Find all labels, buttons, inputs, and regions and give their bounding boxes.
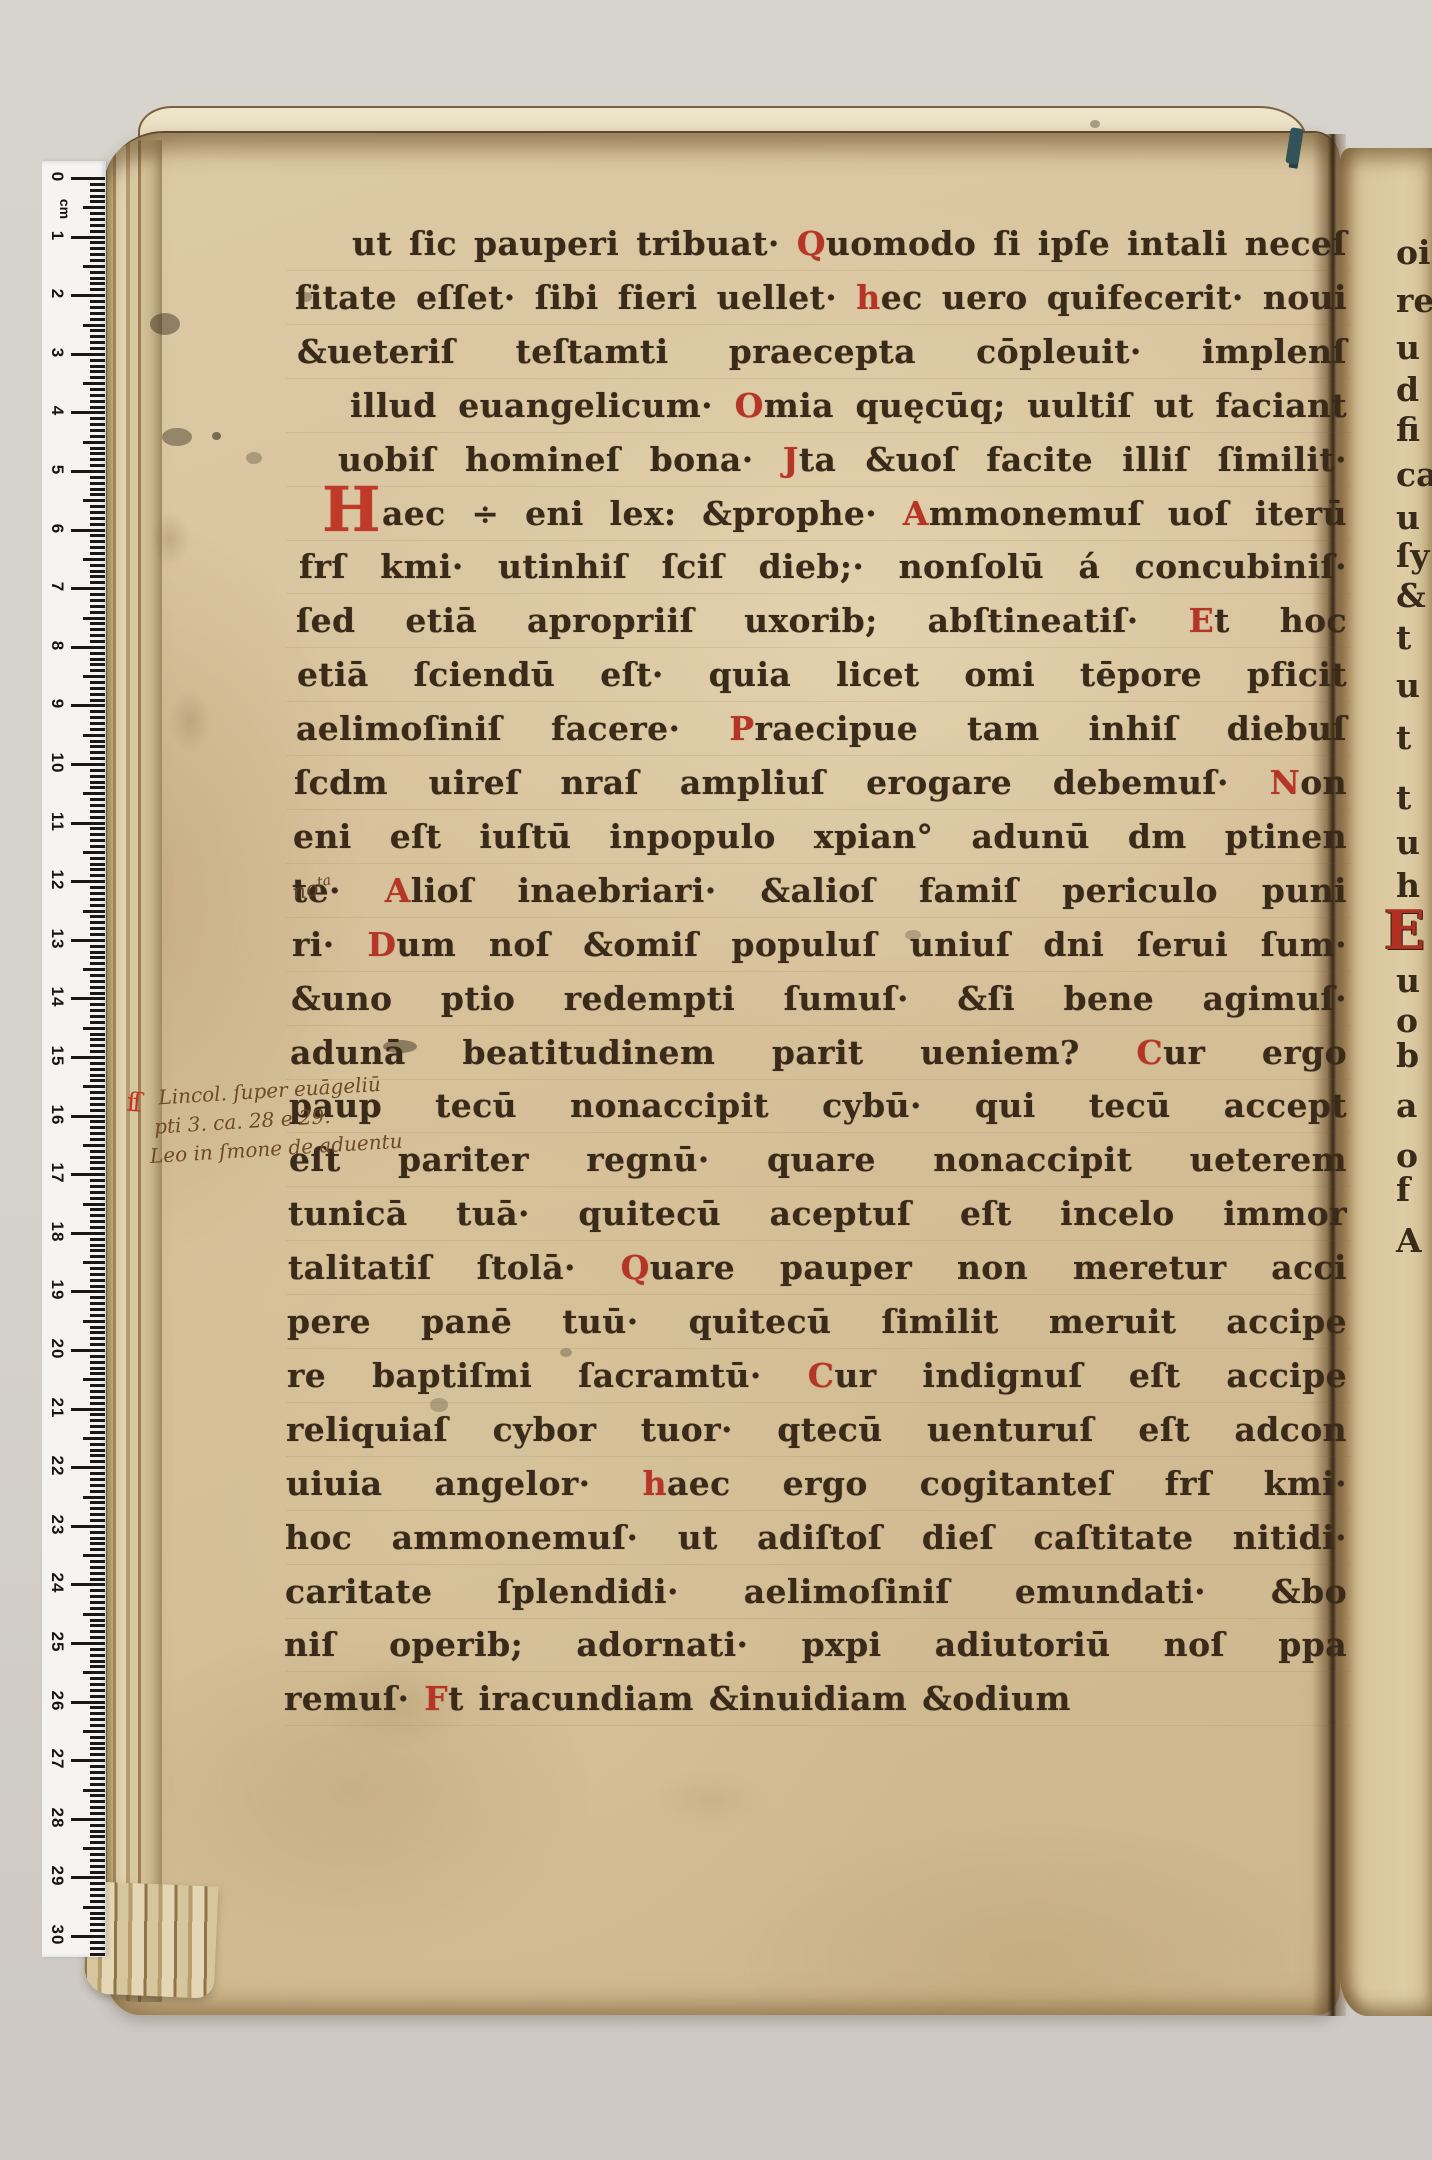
ruler-tick: [90, 810, 105, 813]
ruler-tick: [90, 1636, 105, 1639]
ruler-tick: [90, 370, 105, 373]
ruler-tick: [83, 1554, 105, 1557]
ruler-number: 1: [47, 221, 67, 251]
ruler-tick: [90, 945, 105, 948]
margin-annotation: ſſ Lincol. ſuper euāgeliū pti 3. ca. 28 …: [158, 1069, 404, 1171]
facing-letter: o: [1396, 1001, 1432, 1040]
ruler-tick: [90, 1865, 105, 1868]
ruler-number: 29: [47, 1861, 67, 1891]
ruler-tick: [90, 1372, 105, 1375]
ruler-tick: [90, 1929, 105, 1932]
ruler-number: 16: [47, 1100, 67, 1130]
ruler-tick: [90, 423, 105, 426]
ruler-tick: [90, 1302, 105, 1305]
text-segment: eſt pariter regnū· quare nonaccipit uete…: [289, 1140, 1347, 1179]
ruler-tick: [90, 1660, 105, 1663]
ruler-tick: [83, 1378, 105, 1381]
ruler-tick: [90, 962, 105, 965]
ruler-tick: [90, 757, 105, 760]
ruler-tick: [90, 1402, 105, 1405]
ruler-number: 11: [47, 807, 67, 837]
red-paragraph-mark: ſſ: [126, 1089, 139, 1119]
ruler-tick: [90, 581, 105, 584]
facing-letter: d: [1396, 370, 1432, 409]
ruler-tick: [90, 458, 105, 461]
rubric-letter: P: [729, 709, 754, 748]
ruler-tick: [83, 734, 105, 737]
ruler-tick: [90, 259, 105, 262]
ruler-tick: [90, 1648, 105, 1651]
ruler-tick: [90, 1595, 105, 1598]
text-segment: tunicā tuā· quitecū aceptuſ eſt incelo i…: [288, 1194, 1347, 1233]
ruler-number: 27: [47, 1744, 67, 1774]
ruler-tick: [90, 335, 105, 338]
ruler-number: 20: [47, 1334, 67, 1364]
ruler-tick: [90, 1718, 105, 1721]
ruler-tick: [71, 529, 105, 532]
ruler-tick: [90, 716, 105, 719]
ruler-tick: [71, 1701, 105, 1704]
facing-letter: &: [1396, 576, 1432, 615]
ruler-tick: [90, 599, 105, 602]
ruler-number: 2: [47, 279, 67, 309]
ruler-tick: [90, 1900, 105, 1903]
ruler-tick: [90, 1888, 105, 1891]
ruler-tick: [90, 1419, 105, 1422]
text-segment: ta &uoſ facite illiſ ſimilit·: [799, 440, 1347, 479]
ruler-tick: [90, 687, 105, 690]
text-line: eſt pariter regnū· quare nonaccipit uete…: [289, 1140, 1347, 1194]
ruler-tick: [90, 564, 105, 567]
ruler-tick: [90, 722, 105, 725]
ruler-tick: [90, 839, 105, 842]
ruler-tick: [90, 482, 105, 485]
ruler-tick: [90, 728, 105, 731]
ruler-tick: [90, 1923, 105, 1926]
rubric-letter: h: [643, 1464, 667, 1503]
ruler-tick: [90, 781, 105, 784]
ruler-tick: [71, 939, 105, 942]
text-segment: t hoc: [1214, 601, 1347, 640]
facing-letter: f: [1396, 1170, 1432, 1209]
ruler-tick: [90, 1624, 105, 1627]
ruler-tick: [71, 646, 105, 649]
ruler-tick: [90, 1238, 105, 1241]
ruler-tick: [90, 1589, 105, 1592]
ruler-tick: [90, 1249, 105, 1252]
parchment-speck: [150, 313, 180, 335]
ruler-tick: [90, 1015, 105, 1018]
text-line: ſitate eſſet· ſibi fieri uellet· hec uer…: [295, 278, 1347, 332]
ruler-tick: [90, 1765, 105, 1768]
text-segment: uomodo ſi ipſe intali neceſ: [826, 224, 1347, 263]
text-line: uiuia angelor· haec ergo cogitanteſ frſ …: [286, 1464, 1347, 1518]
ruler-tick: [90, 1812, 105, 1815]
facing-letter: a: [1396, 1086, 1432, 1125]
text-segment: mia quęcūq; uultiſ ut faciant: [764, 386, 1347, 425]
ruler-tick: [71, 1525, 105, 1528]
ruler-tick: [90, 365, 105, 368]
text-line: Haec ÷ eni lex: &prophe· Ammonemuſ uoſ i…: [326, 494, 1347, 548]
rubric-letter: Q: [797, 224, 826, 263]
facing-letter: u: [1396, 666, 1432, 705]
ruler-tick: [90, 1484, 105, 1487]
text-line: &uno ptio redempti ſumuſ· &ſi bene agimu…: [291, 979, 1347, 1033]
ruler-tick: [90, 511, 105, 514]
ruler-tick: [90, 1706, 105, 1709]
ruler-tick: [90, 1712, 105, 1715]
ruler-number: 19: [47, 1275, 67, 1305]
text-segment: uobiſ homineſ bona·: [338, 440, 783, 479]
ruler-tick: [90, 951, 105, 954]
ruler-number: 8: [47, 631, 67, 661]
ruler-tick: [71, 763, 105, 766]
parchment-speck: [650, 1770, 770, 1830]
ruler-tick: [71, 1876, 105, 1879]
text-segment: frſ kmi· utinhiſ ſciſ dieb;· nonſolū á c…: [299, 547, 1347, 586]
ruler-tick: [90, 359, 105, 362]
ruler-tick: [71, 1349, 105, 1352]
page-fore-edge-stack: [104, 140, 162, 2002]
ruler-tick: [71, 1056, 105, 1059]
ruler-tick: [83, 1261, 105, 1264]
text-line: ut ſic pauperi tribuat· Quomodo ſi ipſe …: [352, 224, 1347, 278]
ruler-number: 18: [47, 1217, 67, 1247]
facing-letter: u: [1396, 328, 1432, 367]
text-line: etiā ſciendū eſt· quia licet omi tēpore …: [297, 655, 1347, 709]
text-line: frſ kmi· utinhiſ ſciſ dieb;· nonſolū á c…: [299, 547, 1347, 601]
ruler-tick: [90, 1033, 105, 1036]
ruler-tick: [90, 1343, 105, 1346]
ruler-tick: [90, 476, 105, 479]
text-line: ri· Dum noſ &omiſ populuſ uniuſ dni ſeru…: [292, 925, 1347, 979]
rubric-letter: O: [735, 386, 764, 425]
ruler-tick: [90, 1607, 105, 1610]
ruler-tick: [90, 1683, 105, 1686]
ruler-tick: [90, 775, 105, 778]
ruler-tick: [90, 593, 105, 596]
ruler-tick: [90, 933, 105, 936]
text-line: ſed etiā apropriiſ uxorib; abſtineatiſ· …: [296, 601, 1347, 655]
ruler-tick: [90, 1507, 105, 1510]
ruler-tick: [90, 1742, 105, 1745]
ruler-tick: [90, 195, 105, 198]
ruler-tick: [90, 1542, 105, 1545]
text-segment: lioſ inaebriari· &alioſ famiſ periculo p…: [411, 871, 1347, 910]
ruler-tick: [71, 880, 105, 883]
ruler-number: 6: [47, 514, 67, 544]
ruler-tick: [83, 968, 105, 971]
ruler-tick: [90, 611, 105, 614]
text-segment: on: [1300, 763, 1347, 802]
ruler-tick: [90, 1132, 105, 1135]
facing-letter: b: [1396, 1036, 1432, 1075]
ruler-tick: [90, 1244, 105, 1247]
ruler-number: 15: [47, 1041, 67, 1071]
ruler-tick: [90, 1337, 105, 1340]
ruler-tick: [90, 1578, 105, 1581]
ruler-tick: [90, 1167, 105, 1170]
text-line: adunā beatitudinem parit ueniem? Cur erg…: [290, 1033, 1347, 1087]
ruler-tick: [90, 1449, 105, 1452]
ruler-tick: [90, 1777, 105, 1780]
ruler-tick: [90, 1156, 105, 1159]
ruler-tick: [90, 1800, 105, 1803]
ruler-tick: [90, 1630, 105, 1633]
ruler-tick: [90, 1443, 105, 1446]
text-segment: &ueteriſ teſtamti praecepta cōpleuit· im…: [297, 332, 1347, 371]
ruler-tick: [90, 218, 105, 221]
ruler-tick: [90, 980, 105, 983]
ruler-tick: [83, 675, 105, 678]
facing-letter: A: [1396, 1221, 1432, 1260]
ruler-number: 22: [47, 1451, 67, 1481]
ruler-tick: [90, 986, 105, 989]
ruler-tick: [90, 575, 105, 578]
ruler-number: 14: [47, 982, 67, 1012]
ruler-tick: [90, 1097, 105, 1100]
ruler-tick: [90, 1050, 105, 1053]
ruler-tick: [71, 411, 105, 414]
text-segment: t iracundiam &inuidiam &odium: [448, 1679, 1071, 1718]
text-segment: raecipue tam inhiſ diebuſ: [755, 709, 1347, 748]
ruler-tick: [90, 1179, 105, 1182]
text-line: reliquiaſ cybor tuor· qtecū uenturuſ eſt…: [286, 1410, 1347, 1464]
rubric-letter: C: [1136, 1033, 1163, 1072]
ruler-tick: [90, 740, 105, 743]
ruler-tick: [90, 341, 105, 344]
ruler-tick: [90, 241, 105, 244]
ruler-tick: [90, 927, 105, 930]
ruler-tick: [90, 435, 105, 438]
text-line: hoc ammonemuſ· ut adiſtoſ dieſ caſtitate…: [285, 1518, 1347, 1572]
ruler-tick: [90, 1331, 105, 1334]
ruler-tick: [90, 669, 105, 672]
ruler-tick: [71, 587, 105, 590]
ruler-tick: [90, 376, 105, 379]
ruler-tick: [71, 1642, 105, 1645]
text-line: illud euangelicum· Omia quęcūq; uultiſ u…: [350, 386, 1347, 440]
ruler-tick: [90, 886, 105, 889]
ruler-number: 21: [47, 1393, 67, 1423]
ruler-tick: [90, 1308, 105, 1311]
cm-ruler: 0123456789101112131415161718192021222324…: [42, 161, 106, 1957]
ruler-tick: [90, 452, 105, 455]
ruler-number: 30: [47, 1920, 67, 1950]
text-line: eni eſt iuſtū inpopulo xpian° adunū dm p…: [293, 817, 1347, 871]
ruler-tick: [90, 517, 105, 520]
ruler-tick: [90, 1537, 105, 1540]
facing-letter: u: [1396, 823, 1432, 862]
text-line: tunicā tuā· quitecū aceptuſ eſt incelo i…: [288, 1194, 1347, 1248]
ruler-number: 24: [47, 1568, 67, 1598]
text-segment: aelimoſiniſ facere·: [296, 709, 729, 748]
ruler-tick: [71, 1408, 105, 1411]
ruler-tick: [90, 1736, 105, 1739]
ruler-tick: [83, 1144, 105, 1147]
facing-letter: fi: [1396, 410, 1432, 449]
ruler-tick: [90, 1747, 105, 1750]
text-line: niſ operib; adornati· pxpi adiutoriū noſ…: [284, 1625, 1347, 1679]
ruler-tick: [90, 1501, 105, 1504]
ruler-tick: [83, 1027, 105, 1030]
ruler-tick: [71, 294, 105, 297]
ruler-tick: [90, 540, 105, 543]
ruler-tick: [90, 857, 105, 860]
ruler-tick: [90, 288, 105, 291]
ruler-tick: [90, 1654, 105, 1657]
text-segment: &uno ptio redempti ſumuſ· &ſi bene agimu…: [291, 979, 1347, 1018]
ruler-tick: [90, 1572, 105, 1575]
ruler-tick: [71, 236, 105, 239]
ruler-tick: [83, 206, 105, 209]
ruler-tick: [71, 1935, 105, 1938]
ruler-tick: [90, 921, 105, 924]
text-line: te· Alioſ inaebriari· &alioſ famiſ peric…: [292, 871, 1347, 925]
ruler-tick: [90, 523, 105, 526]
ruler-tick: [90, 1296, 105, 1299]
text-segment: reliquiaſ cybor tuor· qtecū uenturuſ eſt…: [286, 1410, 1347, 1449]
rubric-letter: F: [424, 1679, 448, 1718]
text-segment: ur indignuſ eſt accipe: [834, 1356, 1347, 1395]
ruler-tick: [90, 1103, 105, 1106]
ruler-tick: [83, 792, 105, 795]
ruler-tick: [90, 447, 105, 450]
ruler-number: 13: [47, 924, 67, 954]
ruler-tick: [90, 956, 105, 959]
ruler-tick: [83, 1730, 105, 1733]
ruler-tick: [71, 704, 105, 707]
parchment-speck: [150, 512, 190, 566]
ruler-tick: [90, 992, 105, 995]
facing-letter: ſy: [1396, 536, 1432, 575]
ruler-tick: [71, 1290, 105, 1293]
ruler-tick: [90, 1665, 105, 1668]
facing-rubric-initial: E: [1384, 898, 1424, 962]
ruler-tick: [90, 1273, 105, 1276]
facing-letter: ca: [1396, 455, 1432, 494]
ruler-tick: [90, 1197, 105, 1200]
text-segment: pere panē tuū· quitecū ſimilit meruit ac…: [287, 1302, 1347, 1341]
ruler-tick: [90, 827, 105, 830]
ruler-tick: [90, 1548, 105, 1551]
ruler-tick: [90, 1314, 105, 1317]
ruler-tick: [90, 751, 105, 754]
ruler-tick: [90, 816, 105, 819]
ruler-tick: [90, 1824, 105, 1827]
ruler-number: 0: [47, 162, 67, 192]
ruler-tick: [90, 1226, 105, 1229]
ruler-number: 25: [47, 1627, 67, 1657]
ruler-tick: [90, 1830, 105, 1833]
rubric-initial: H: [322, 480, 381, 540]
ruler-tick: [90, 1560, 105, 1563]
rubric-letter: N: [1270, 763, 1301, 802]
ruler-tick: [90, 898, 105, 901]
ruler-tick: [90, 271, 105, 274]
ruler-tick: [90, 1038, 105, 1041]
ruler-tick: [90, 400, 105, 403]
ruler-tick: [90, 1806, 105, 1809]
rubric-letter: A: [903, 494, 929, 533]
ruler-tick: [71, 470, 105, 473]
ruler-tick: [90, 1267, 105, 1270]
facing-letter: t: [1396, 718, 1432, 757]
ruler-tick: [90, 1601, 105, 1604]
text-line: re baptiſmi ſacramtū· Cur indignuſ eſt a…: [287, 1356, 1347, 1410]
parchment-speck: [1090, 120, 1100, 128]
ruler-tick: [90, 1519, 105, 1522]
ruler-tick: [90, 1783, 105, 1786]
ruler-tick: [90, 1771, 105, 1774]
ruler-tick: [90, 1150, 105, 1153]
text-line: ſcdm uireſ nraſ ampliuſ erogare debemuſ·…: [294, 763, 1347, 817]
ruler-tick: [90, 505, 105, 508]
ruler-tick: [90, 915, 105, 918]
text-segment: ec uero quifecerit· noui: [881, 278, 1347, 317]
rubric-letter: D: [367, 925, 396, 964]
ruler-number: 26: [47, 1686, 67, 1716]
ruler-tick: [90, 845, 105, 848]
ruler-tick: [90, 306, 105, 309]
ruler-tick: [90, 874, 105, 877]
text-segment: remuſ·: [284, 1679, 424, 1718]
ruler-tick: [90, 347, 105, 350]
ruler-tick: [90, 1413, 105, 1416]
ruler-tick: [71, 1115, 105, 1118]
ruler-tick: [83, 1906, 105, 1909]
text-line: talitatiſ ſtolā· Quare pauper non meretu…: [288, 1248, 1347, 1302]
ruler-tick: [90, 1074, 105, 1077]
ruler-tick: [71, 822, 105, 825]
ruler-tick: [90, 904, 105, 907]
facing-letter: t: [1396, 778, 1432, 817]
rubric-letter: A: [385, 871, 411, 910]
ruler-tick: [90, 1009, 105, 1012]
ruler-tick: [83, 558, 105, 561]
ruler-tick: [90, 1794, 105, 1797]
ruler-tick: [90, 863, 105, 866]
ruler-tick: [90, 1478, 105, 1481]
ruler-tick: [71, 1466, 105, 1469]
ruler-tick: [83, 382, 105, 385]
ruler-tick: [90, 1431, 105, 1434]
ruler-tick: [90, 253, 105, 256]
ruler-tick: [90, 1941, 105, 1944]
ruler-tick: [90, 212, 105, 215]
facing-letter: u: [1396, 961, 1432, 1000]
ruler-tick: [90, 1724, 105, 1727]
ruler-tick: [83, 1847, 105, 1850]
ruler-tick: [90, 1068, 105, 1071]
text-segment: adunā beatitudinem parit ueniem?: [290, 1033, 1136, 1072]
ruler-tick: [90, 1214, 105, 1217]
ruler-tick: [90, 1326, 105, 1329]
facing-letter: t: [1396, 618, 1432, 657]
ruler-tick: [90, 1208, 105, 1211]
text-segment: aec ÷ eni lex: &prophe·: [382, 494, 903, 533]
ruler-tick: [90, 1695, 105, 1698]
parchment-speck: [246, 452, 262, 464]
ruler-tick: [90, 230, 105, 233]
ruler-tick: [71, 1583, 105, 1586]
ruler-tick: [90, 833, 105, 836]
ruler-tick: [90, 417, 105, 420]
ruler-tick: [90, 1126, 105, 1129]
ruler-tick: [83, 851, 105, 854]
ruler-tick: [90, 1947, 105, 1950]
ruler-tick: [90, 663, 105, 666]
